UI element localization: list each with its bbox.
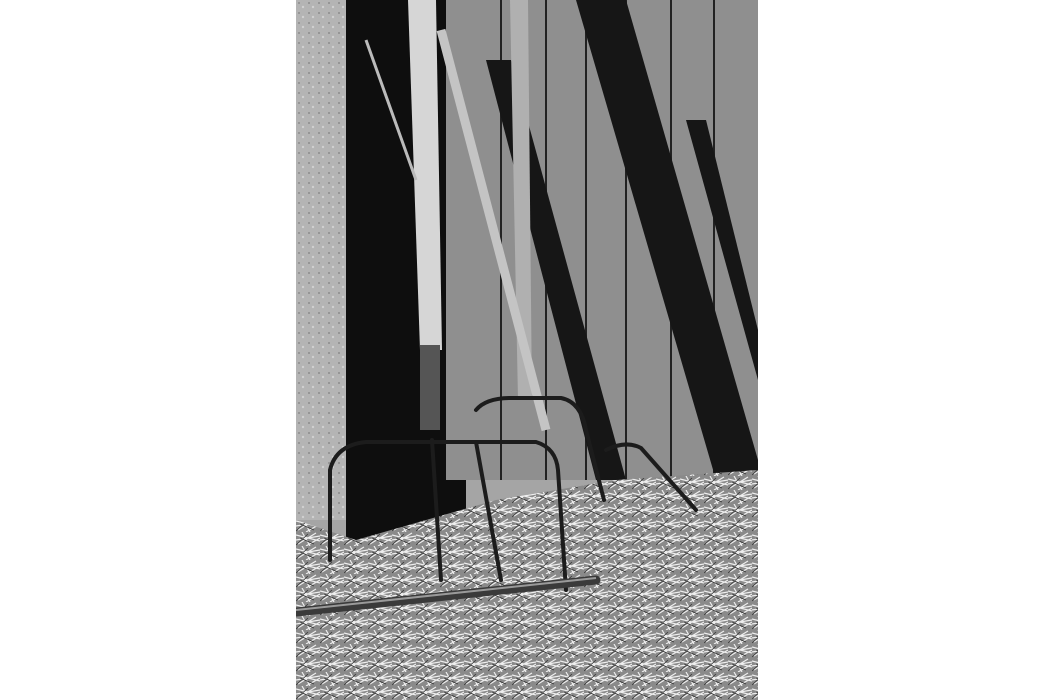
pitchfork-barn-scene [296, 0, 758, 700]
photograph [296, 0, 758, 700]
